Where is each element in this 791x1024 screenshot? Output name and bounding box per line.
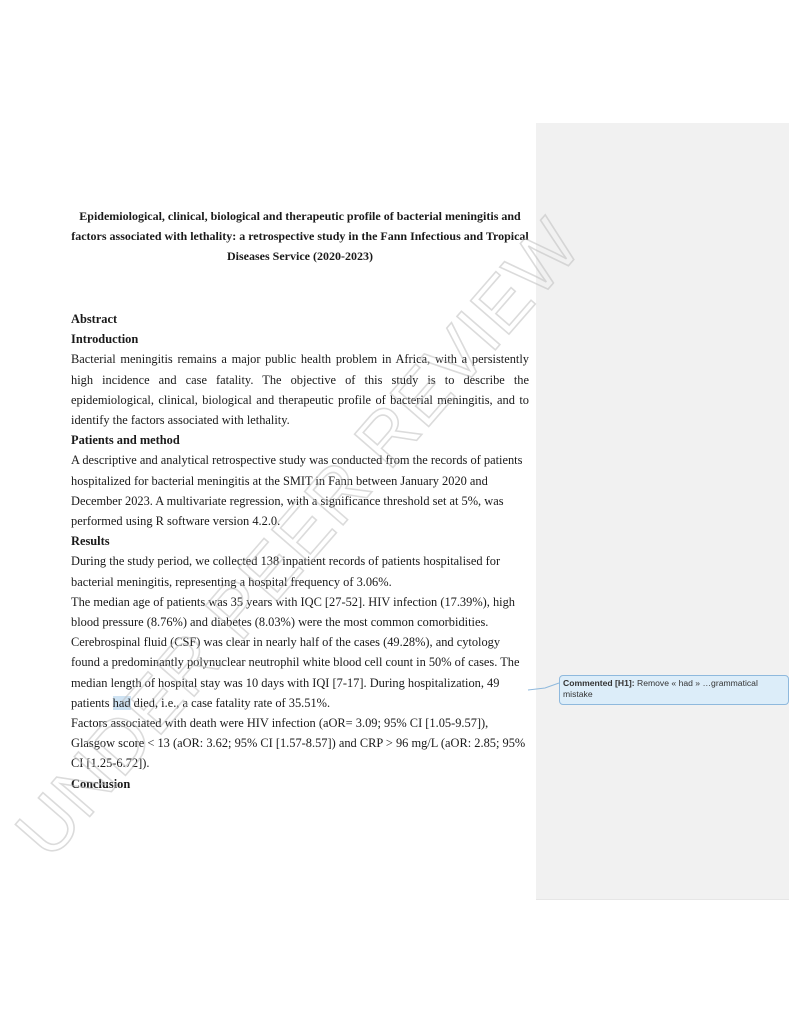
comment-author: Commented [H1]: xyxy=(563,678,635,688)
comment-pane xyxy=(536,123,789,900)
title-line: factors associated with lethality: a ret… xyxy=(71,226,529,246)
paper-title: Epidemiological, clinical, biological an… xyxy=(71,206,529,266)
title-line: Epidemiological, clinical, biological an… xyxy=(71,206,529,226)
commented-text-highlight[interactable]: had xyxy=(113,696,131,710)
abstract-section: Abstract Introduction Bacterial meningit… xyxy=(71,309,529,794)
title-line: Diseases Service (2020-2023) xyxy=(71,246,529,266)
results-paragraph-1: During the study period, we collected 13… xyxy=(71,551,529,591)
results-text: died, i.e., a case fatality rate of 35.5… xyxy=(131,696,331,710)
introduction-text: Bacterial meningitis remains a major pub… xyxy=(71,349,529,430)
conclusion-heading: Conclusion xyxy=(71,774,529,794)
comment-box[interactable]: Commented [H1]: Remove « had » …grammati… xyxy=(559,675,789,705)
results-text: The median age of patients was 35 years … xyxy=(71,595,519,710)
methods-text: A descriptive and analytical retrospecti… xyxy=(71,450,529,531)
results-heading: Results xyxy=(71,531,529,551)
methods-heading: Patients and method xyxy=(71,430,529,450)
introduction-heading: Introduction xyxy=(71,329,529,349)
results-paragraph-3: Factors associated with death were HIV i… xyxy=(71,713,529,774)
results-paragraph-2: The median age of patients was 35 years … xyxy=(71,592,529,713)
abstract-heading: Abstract xyxy=(71,309,529,329)
